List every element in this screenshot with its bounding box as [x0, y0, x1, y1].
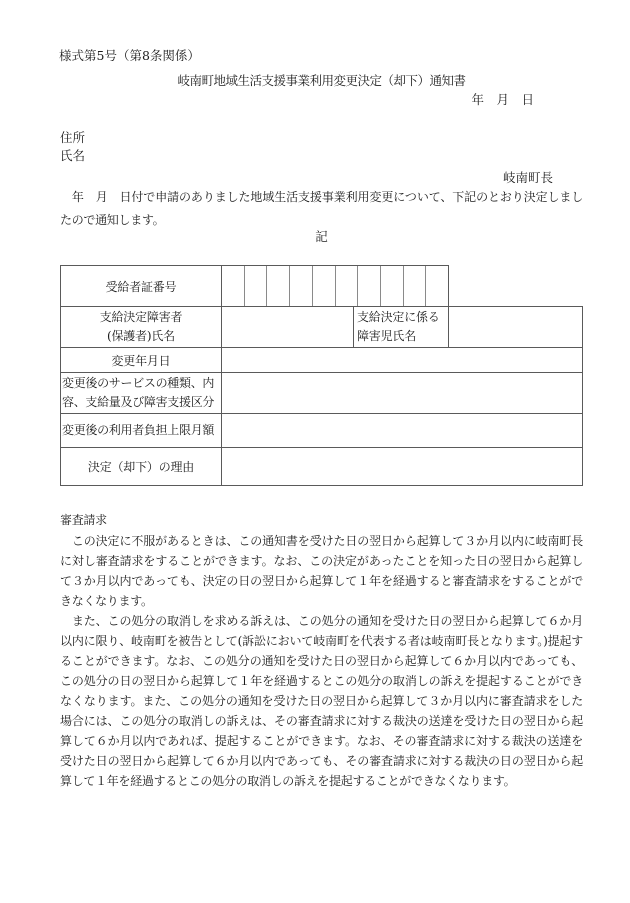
- cert-number-box: [425, 266, 448, 306]
- grantee-name-label: 支給決定障害者 (保護者)氏名: [61, 307, 222, 347]
- cert-number-box: [335, 266, 358, 306]
- document-title: 岐南町地域生活支援事業利用変更決定（却下）通知書: [60, 71, 583, 89]
- name-label: 氏名: [60, 146, 85, 164]
- decision-reason-value: [222, 448, 582, 485]
- record-marker: 記: [60, 227, 583, 245]
- service-label: 変更後のサービスの種類、内容、支給量及び障害支援区分: [61, 373, 222, 413]
- cert-number-box: [403, 266, 426, 306]
- cert-number-box: [312, 266, 335, 306]
- cert-number-box: [222, 266, 244, 306]
- appeal-heading: 審査請求: [60, 509, 583, 531]
- decision-table: 受給者証番号 支給決定障害者 (保護者)氏名 支給決定に係る 障害児氏名 変更年…: [60, 265, 583, 486]
- cert-number-box: [289, 266, 312, 306]
- copay-limit-label: 変更後の利用者負担上限月額: [61, 414, 222, 447]
- table-row-cert-number: 受給者証番号: [60, 265, 449, 306]
- service-value: [222, 373, 582, 413]
- cert-number-boxes: [222, 266, 448, 306]
- issuer-name: 岐南町長: [503, 168, 553, 186]
- grantee-name-value: [222, 307, 353, 347]
- cert-number-box: [266, 266, 289, 306]
- change-date-label: 変更年月日: [61, 348, 222, 372]
- notice-document-page: 様式第5号（第8条関係） 岐南町地域生活支援事業利用変更決定（却下）通知書 年 …: [0, 0, 630, 903]
- address-label: 住所: [60, 128, 85, 146]
- form-number: 様式第5号（第8条関係）: [59, 46, 200, 64]
- child-name-value: [449, 307, 582, 347]
- issue-date-line: 年 月 日: [471, 90, 534, 108]
- table-row-copay-limit: 変更後の利用者負担上限月額: [60, 414, 583, 448]
- cert-number-label: 受給者証番号: [61, 266, 222, 306]
- table-row-change-date: 変更年月日: [60, 348, 583, 373]
- cert-number-box: [380, 266, 403, 306]
- cert-number-box: [244, 266, 267, 306]
- appeal-paragraph-1: この決定に不服があるときは、この通知書を受けた日の翌日から起算して３か月以内に岐…: [60, 531, 583, 611]
- table-row-names: 支給決定障害者 (保護者)氏名 支給決定に係る 障害児氏名: [60, 306, 583, 348]
- copay-limit-value: [222, 414, 582, 447]
- appeal-paragraph-2: また、この処分の取消しを求める訴えは、この処分の通知を受けた日の翌日から起算して…: [60, 611, 583, 791]
- decision-reason-label: 決定（却下）の理由: [61, 448, 222, 485]
- child-name-label: 支給決定に係る 障害児氏名: [353, 307, 449, 347]
- intro-paragraph: 年 月 日付で申請のありました地域生活支援事業利用変更について、下記のとおり決定…: [60, 186, 583, 232]
- cert-number-box: [357, 266, 380, 306]
- change-date-value: [222, 348, 582, 372]
- table-row-decision-reason: 決定（却下）の理由: [60, 448, 583, 486]
- table-row-service: 変更後のサービスの種類、内容、支給量及び障害支援区分: [60, 373, 583, 414]
- appeal-notice-section: 審査請求 この決定に不服があるときは、この通知書を受けた日の翌日から起算して３か…: [60, 509, 583, 791]
